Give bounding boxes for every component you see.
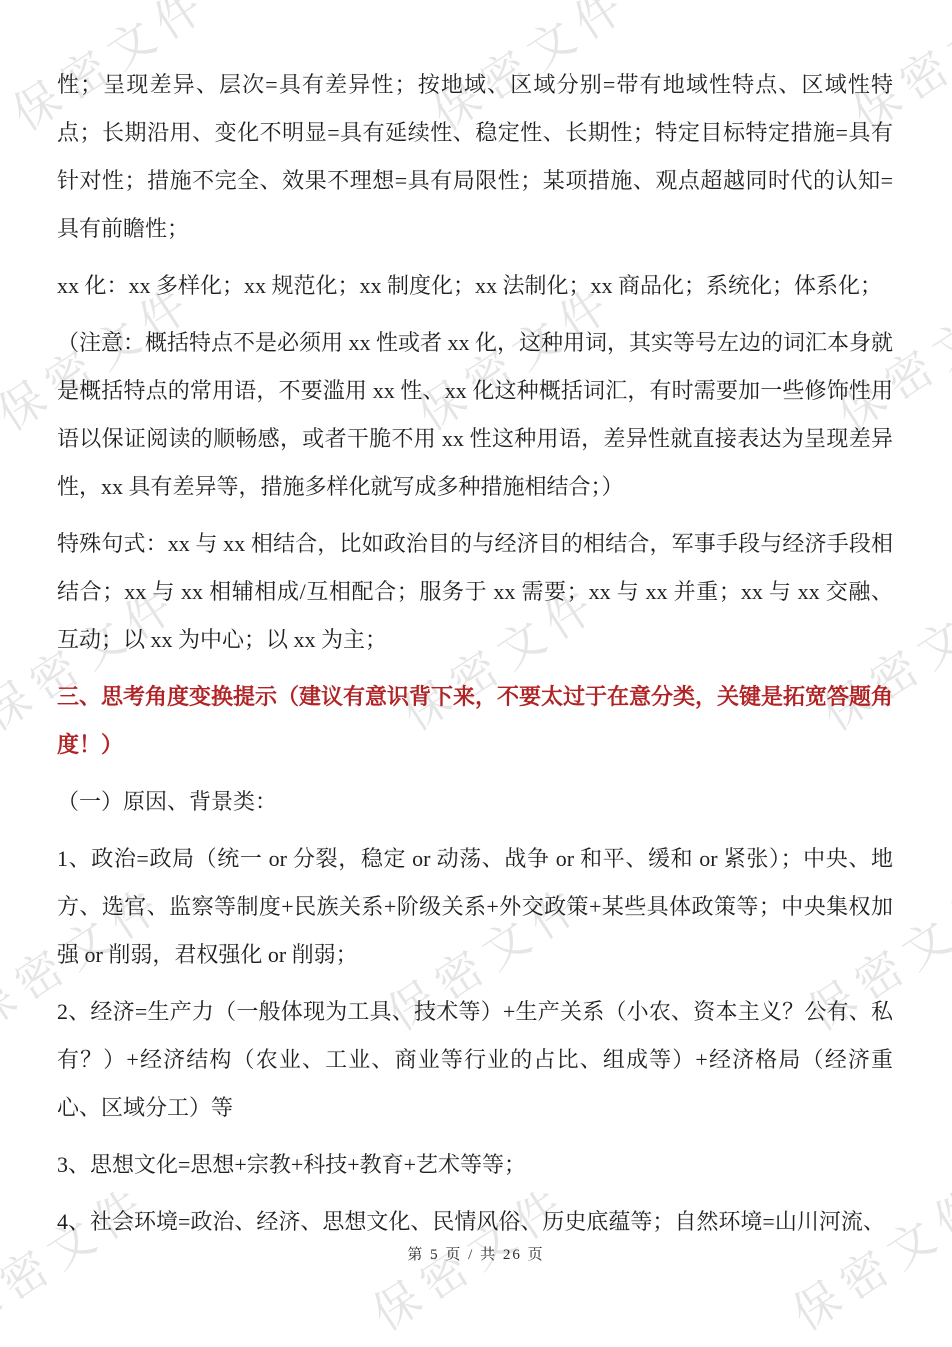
document-content: 性；呈现差异、层次=具有差异性；按地域、区域分别=带有地域性特点、区域性特点；长…	[57, 61, 893, 1255]
body-paragraph: 性；呈现差异、层次=具有差异性；按地域、区域分别=带有地域性特点、区域性特点；长…	[57, 61, 893, 253]
body-paragraph: xx 化：xx 多样化；xx 规范化；xx 制度化；xx 法制化；xx 商品化；…	[57, 262, 893, 310]
body-paragraph: （注意：概括特点不是必须用 xx 性或者 xx 化，这种用词，其实等号左边的词汇…	[57, 319, 893, 511]
body-paragraph: 3、思想文化=思想+宗教+科技+教育+艺术等等；	[57, 1141, 893, 1189]
subsection-heading: （一）原因、背景类：	[57, 778, 893, 826]
body-paragraph: 2、经济=生产力（一般体现为工具、技术等）+生产关系（小农、资本主义？公有、私有…	[57, 988, 893, 1132]
body-paragraph: 特殊句式：xx 与 xx 相结合，比如政治目的与经济目的相结合，军事手段与经济手…	[57, 520, 893, 664]
body-paragraph: 1、政治=政局（统一 or 分裂，稳定 or 动荡、战争 or 和平、缓和 or…	[57, 835, 893, 979]
section-heading: 三、思考角度变换提示（建议有意识背下来，不要太过于在意分类，关键是拓宽答题角度！…	[57, 673, 893, 769]
page-number-footer: 第 5 页 / 共 26 页	[0, 1243, 952, 1264]
body-paragraph: 4、社会环境=政治、经济、思想文化、民情风俗、历史底蕴等；自然环境=山川河流、	[57, 1198, 893, 1246]
document-page: 保密文件保密文件保密文件保密文件保密文件保密文件保密文件保密文件保密文件保密文件…	[0, 0, 952, 1347]
